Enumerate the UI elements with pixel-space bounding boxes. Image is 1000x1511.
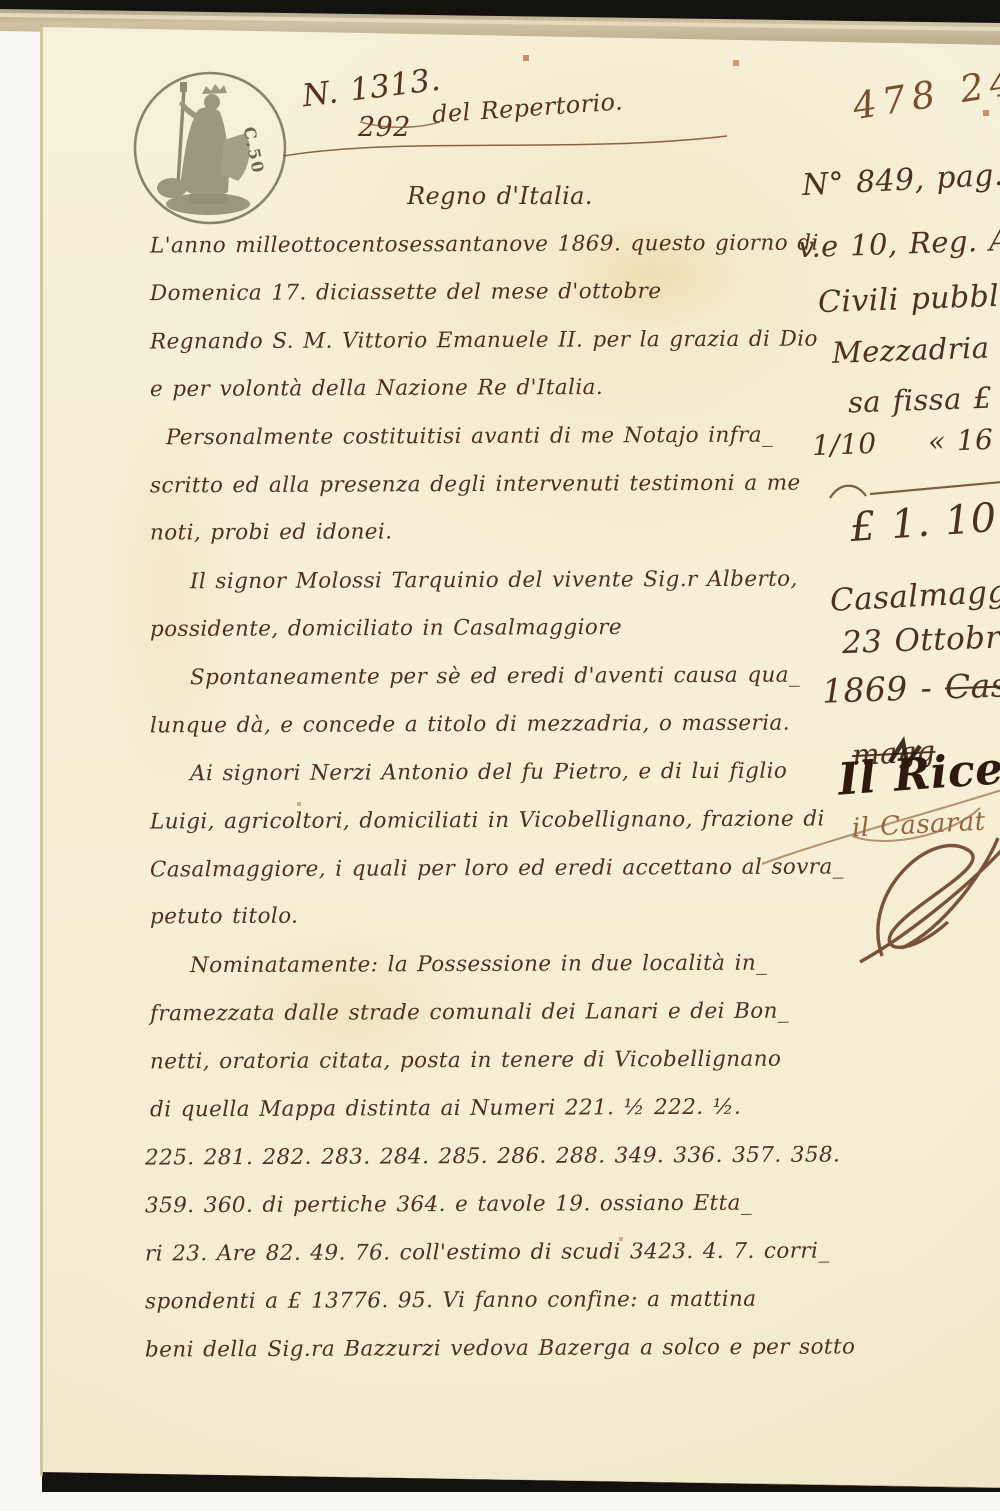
body-line: Luigi, agricoltori, domiciliati in Vicob…: [150, 807, 825, 835]
body-line: petuto titolo.: [150, 904, 298, 930]
body-line: framezzata dalle strade comunali dei Lan…: [150, 999, 789, 1027]
body-line: possidente, domiciliato in Casalmaggiore: [150, 615, 622, 642]
scanned-document: { "document": { "colors": { "ink": "#4e3…: [0, 0, 1000, 1511]
body-line: Spontaneamente per sè ed eredi d'aventi …: [150, 663, 800, 691]
scanner-background-left: [0, 10, 42, 1511]
body-line: di quella Mappa distinta ai Numeri 221. …: [150, 1095, 741, 1123]
page-left-edge: [40, 24, 43, 1476]
body-line: scritto ed alla presenza degli intervenu…: [150, 471, 801, 499]
body-line: lunque dà, e concede a titolo di mezzadr…: [150, 711, 790, 739]
body-line: Regnando S. M. Vittorio Emanuele II. per…: [150, 327, 818, 355]
archival-mark: 478 247: [850, 55, 1000, 128]
body-line: Personalmente costituitisi avanti di me …: [150, 423, 773, 451]
casarat-underline-swoosh: [762, 788, 1000, 864]
header-underline-flourish: [275, 120, 735, 166]
body-line: Ai signori Nerzi Antonio del fu Pietro, …: [150, 759, 787, 787]
body-line: ri 23. Are 82. 49. 76. coll'estimo di sc…: [145, 1239, 830, 1267]
body-line: Domenica 17. diciassette del mese d'otto…: [150, 279, 662, 306]
body-line: spondenti a £ 13776. 95. Vi fanno confin…: [145, 1287, 757, 1315]
signature-flourish: [860, 838, 1000, 962]
revenue-stamp: [128, 62, 294, 238]
body-line: beni della Sig.ra Bazzurzi vedova Bazerg…: [145, 1334, 855, 1362]
body-line: netti, oratoria citata, posta in tenere …: [150, 1047, 781, 1075]
manuscript-page: C.50 N. 1313. 292 del Repertorio. 478 24…: [40, 0, 1000, 1497]
correction-mark: [890, 742, 920, 764]
body-line: e per volontà della Nazione Re d'Italia.: [150, 375, 603, 402]
body-line: Il signor Molossi Tarquinio del vivente …: [150, 567, 798, 595]
scanner-background-bottom: [0, 1492, 1000, 1511]
body-line: 359. 360. di pertiche 364. e tavole 19. …: [145, 1191, 752, 1219]
body-line: 225. 281. 282. 283. 284. 285. 286. 288. …: [145, 1142, 840, 1170]
paper-specks: [40, 0, 42, 2]
margin-flourishes: [740, 150, 1000, 1050]
registration-squiggle: [830, 482, 1000, 498]
act-number: N. 1313.: [300, 62, 442, 115]
body-line: noti, probi ed idonei.: [150, 519, 393, 545]
body-line: L'anno milleottocentosessantanove 1869. …: [150, 231, 819, 259]
body-line: Nominatamente: la Possessione in due loc…: [150, 951, 767, 979]
